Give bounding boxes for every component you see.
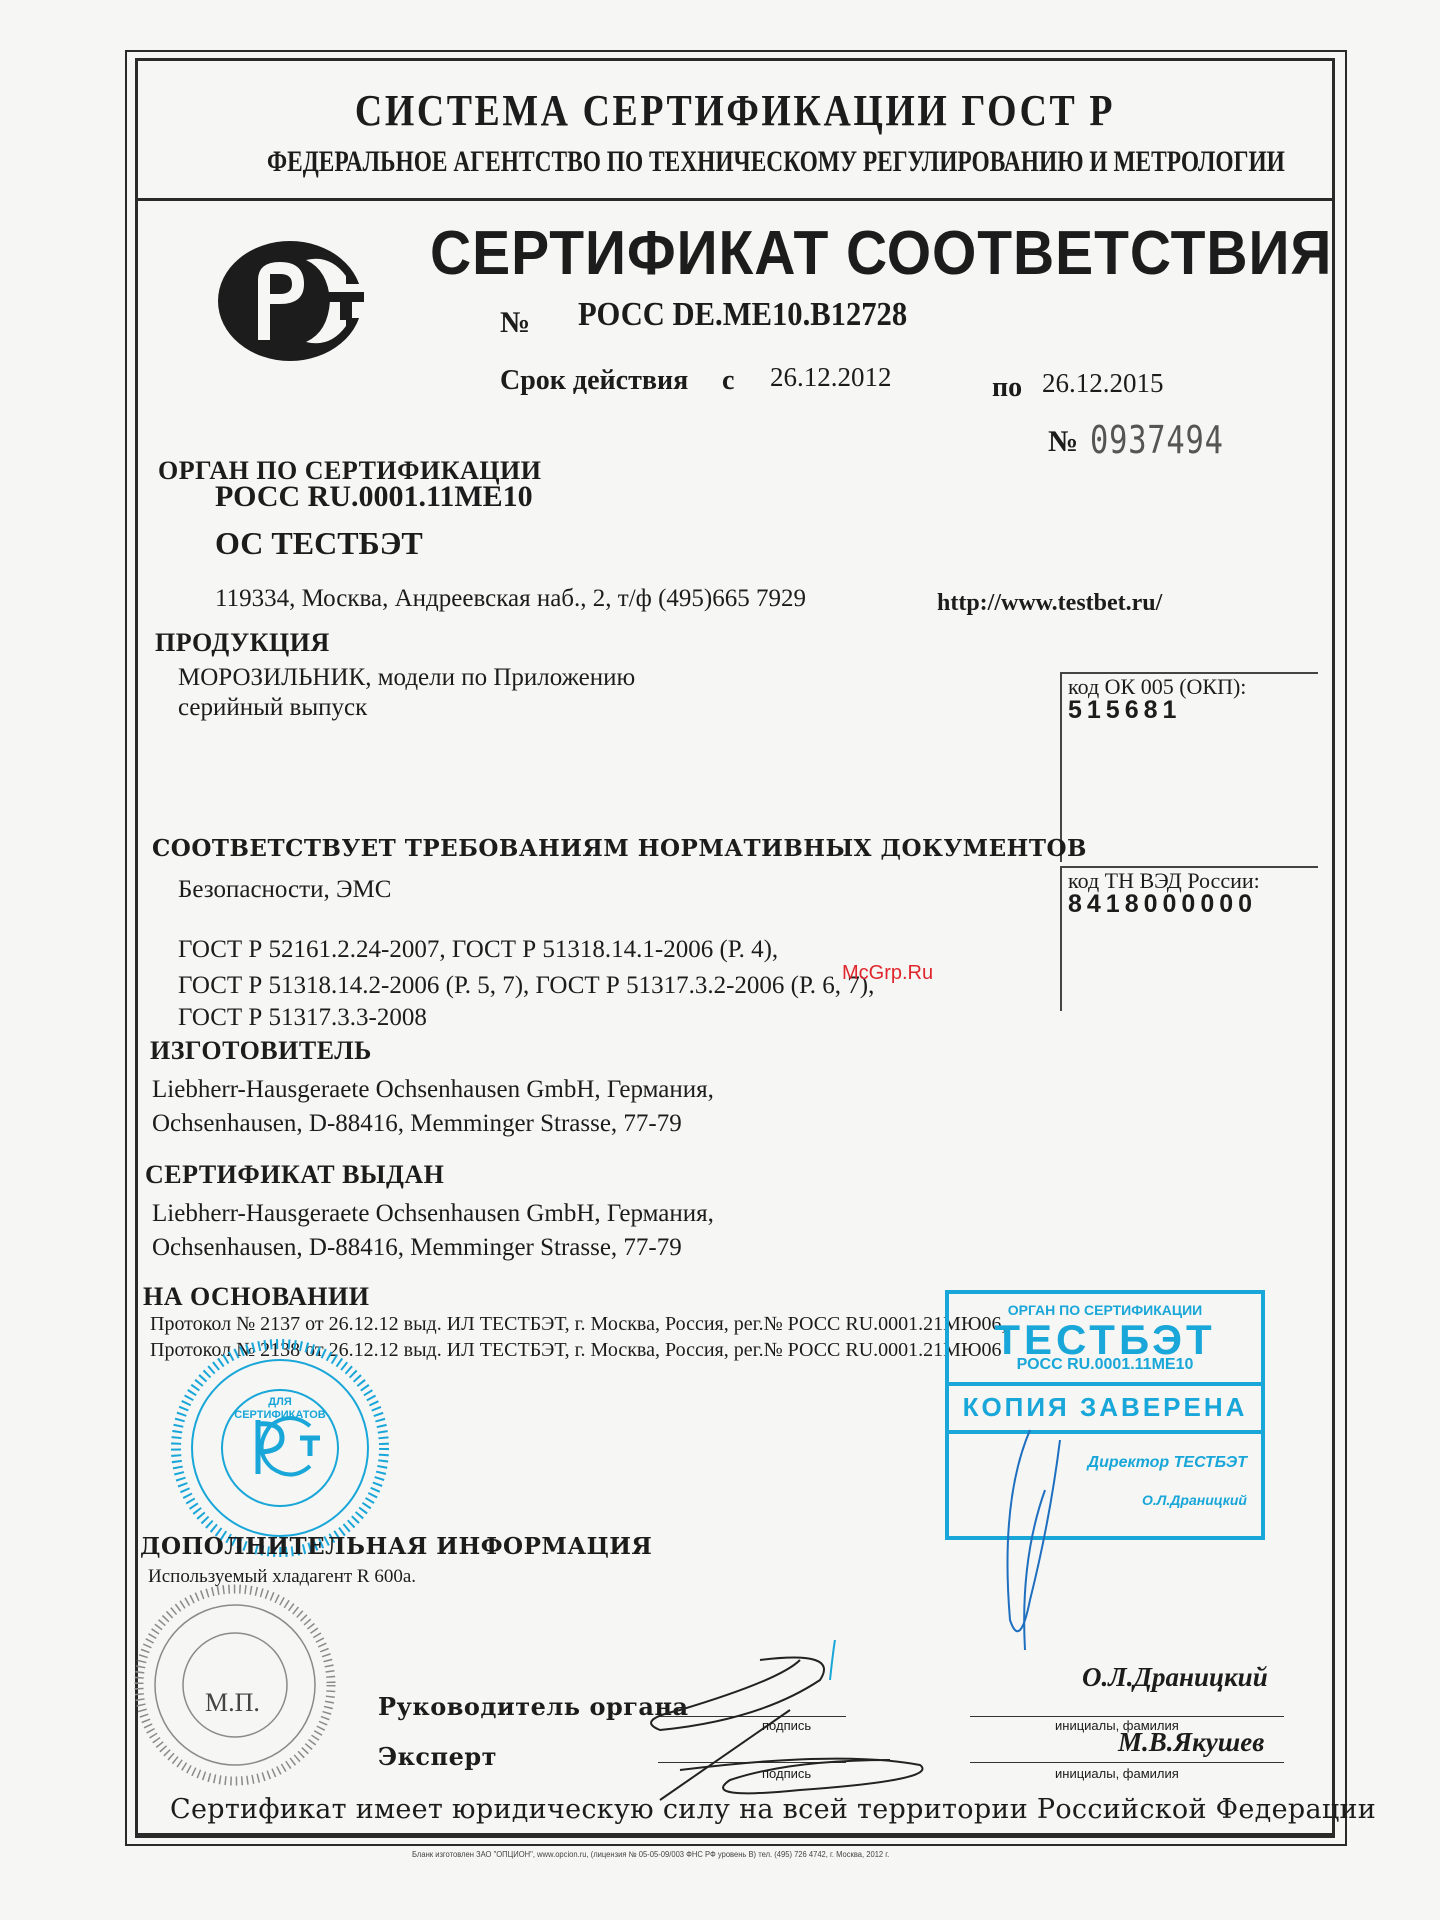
product-line: МОРОЗИЛЬНИК, модели по Приложению xyxy=(178,664,635,692)
certification-body-name: ОС ТЕСТБЭТ xyxy=(215,525,423,562)
validity-label: Срок действия xyxy=(500,365,688,397)
product-heading: ПРОДУКЦИЯ xyxy=(155,628,330,658)
svg-text:СЕРТИФИКАТОВ: СЕРТИФИКАТОВ xyxy=(234,1409,326,1421)
watermark-text: McGrp.Ru xyxy=(842,962,933,985)
blue-director-signature-icon xyxy=(990,1420,1070,1660)
standard-line: ГОСТ Р 52161.2.24-2007, ГОСТ Р 51318.14.… xyxy=(178,936,778,964)
valid-to-label: по xyxy=(992,372,1022,404)
okp-code-box: код ОК 005 (ОКП): 515681 xyxy=(1060,672,1318,862)
system-title: СИСТЕМА СЕРТИФИКАЦИИ ГОСТ Р xyxy=(219,85,1251,136)
tnved-code-label: код ТН ВЭД России: xyxy=(1062,868,1318,892)
certification-body-website[interactable]: http://www.testbet.ru/ xyxy=(937,590,1162,617)
valid-to-date: 26.12.2015 xyxy=(1042,368,1164,399)
stamp-line: РОСС RU.0001.11МЕ10 xyxy=(949,1356,1261,1374)
product-line: серийный выпуск xyxy=(178,694,367,722)
manufacturer-line: Liebherr-Hausgeraete Ochsenhausen GmbH, … xyxy=(152,1076,714,1104)
okp-code-label: код ОК 005 (ОКП): xyxy=(1062,674,1318,698)
faded-seal-stamp-icon xyxy=(120,1580,350,1790)
standard-line: ГОСТ Р 51318.14.2-2006 (Р. 5, 7), ГОСТ Р… xyxy=(178,972,874,1000)
valid-from-label: с xyxy=(722,365,734,397)
agency-name: ФЕДЕРАЛЬНОЕ АГЕНТСТВО ПО ТЕХНИЧЕСКОМУ РЕ… xyxy=(267,145,1203,179)
okp-code-value: 515681 xyxy=(1062,698,1318,722)
handwritten-signatures-icon xyxy=(640,1640,960,1820)
manufacturer-heading: ИЗГОТОВИТЕЛЬ xyxy=(150,1036,372,1066)
certification-body-address: 119334, Москва, Андреевская наб., 2, т/ф… xyxy=(215,585,806,613)
legal-validity-statement: Сертификат имеет юридическую силу на все… xyxy=(170,1794,1376,1825)
mp-label: М.П. xyxy=(205,1688,260,1718)
printer-note: Бланк изготовлен ЗАО "ОПЦИОН", www.opcio… xyxy=(412,1850,889,1859)
number-sign: № xyxy=(500,306,530,340)
tnved-code-box: код ТН ВЭД России: 8418000000 xyxy=(1060,866,1318,1011)
certificate-title: СЕРТИФИКАТ СООТВЕТСТВИЯ xyxy=(430,218,1332,289)
head-name-line xyxy=(970,1716,1284,1717)
stamp-line: КОПИЯ ЗАВЕРЕНА xyxy=(949,1392,1261,1423)
certificate-number: РОСС DE.ME10.B12728 xyxy=(578,296,907,334)
conformity-heading: СООТВЕТСТВУЕТ ТРЕБОВАНИЯМ НОРМАТИВНЫХ ДО… xyxy=(152,835,1087,862)
tnved-code-value: 8418000000 xyxy=(1062,892,1318,916)
expert-label: Эксперт xyxy=(378,1742,497,1771)
issued-to-line: Liebherr-Hausgeraete Ochsenhausen GmbH, … xyxy=(152,1200,714,1228)
expert-name-line xyxy=(970,1762,1284,1763)
basis-heading: НА ОСНОВАНИИ xyxy=(143,1282,369,1312)
rst-gost-mark-logo-icon xyxy=(218,240,378,362)
expert-name: М.В.Якушев xyxy=(1118,1727,1264,1758)
round-certification-stamp-icon: ДЛЯ СЕРТИФИКАТОВ xyxy=(150,1338,410,1558)
certification-body-reg-number: РОСС RU.0001.11МЕ10 xyxy=(215,480,533,514)
conformity-scope: Безопасности, ЭМС xyxy=(178,876,391,904)
valid-from-date: 26.12.2012 xyxy=(770,362,892,393)
basis-protocol-line: Протокол № 2137 от 26.12.12 выд. ИЛ ТЕСТ… xyxy=(150,1313,1007,1336)
name-caption: инициалы, фамилия xyxy=(1055,1766,1179,1781)
additional-info-heading: ДОПОЛНИТЕЛЬНАЯ ИНФОРМАЦИЯ xyxy=(140,1533,652,1560)
standard-line: ГОСТ Р 51317.3.3-2008 xyxy=(178,1004,427,1032)
head-name: О.Л.Драницкий xyxy=(1082,1662,1268,1693)
blank-number-sign: № xyxy=(1048,425,1078,459)
issued-to-heading: СЕРТИФИКАТ ВЫДАН xyxy=(145,1160,444,1190)
blank-number: 0937494 xyxy=(1090,418,1224,462)
svg-text:ДЛЯ: ДЛЯ xyxy=(268,1396,292,1408)
manufacturer-line: Ochsenhausen, D-88416, Memminger Strasse… xyxy=(152,1110,682,1138)
header-divider xyxy=(135,198,1335,201)
footer-divider xyxy=(135,1836,1335,1838)
issued-to-line: Ochsenhausen, D-88416, Memminger Strasse… xyxy=(152,1234,682,1262)
